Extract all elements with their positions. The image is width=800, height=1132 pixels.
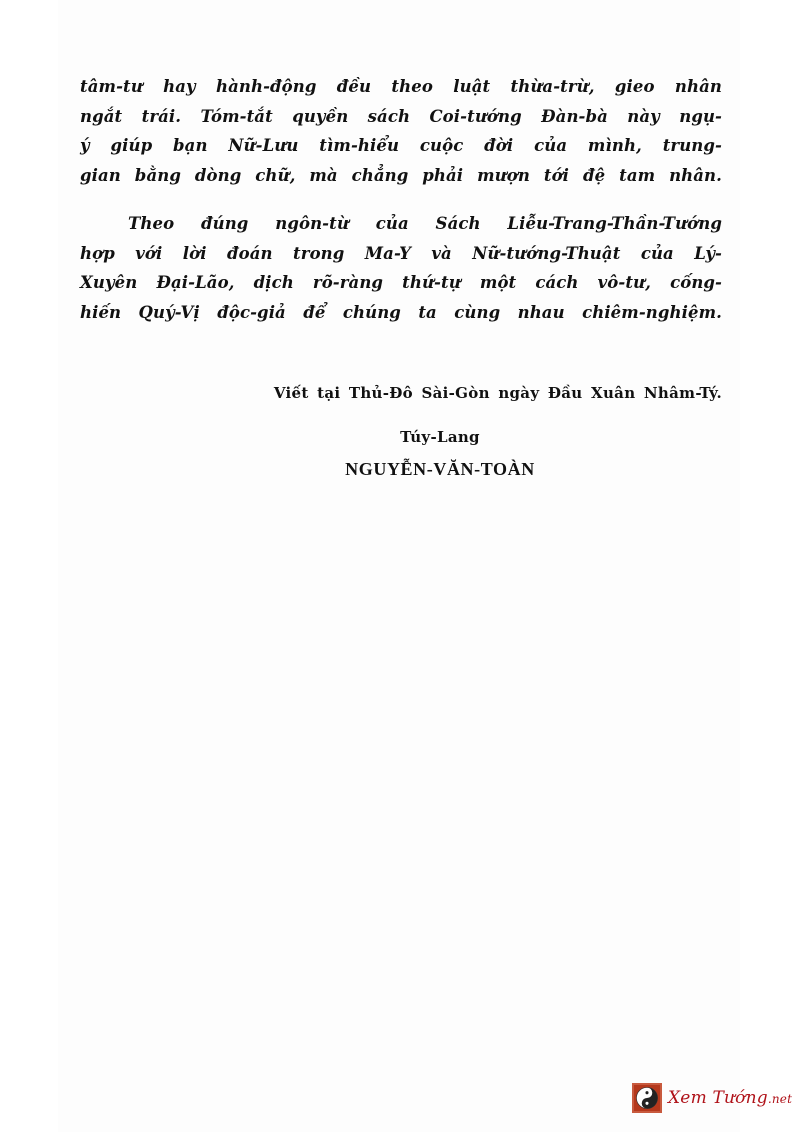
text-line: Xuyên Đại-Lão, dịch rõ-ràng thứ-tự một c… — [80, 268, 722, 298]
paragraph-1: tâm-tư hay hành-động đều theo luật thừa-… — [80, 72, 722, 190]
author-name: NGUYỄN-VĂN-TOÀN — [300, 459, 580, 480]
place-date-signoff: Viết tại Thủ-Đô Sài-Gòn ngày Đầu Xuân Nh… — [170, 384, 722, 402]
watermark-suffix: .net — [768, 1092, 792, 1106]
text-line: ý giúp bạn Nữ-Lưu tìm-hiểu cuộc đời của … — [80, 131, 722, 161]
text-line: gian bằng dòng chữ, mà chẳng phải mượn t… — [80, 161, 722, 191]
text-line: hiến Quý-Vị độc-giả để chúng ta cùng nha… — [80, 298, 722, 328]
watermark-site-name: Xem Tướng — [668, 1088, 768, 1108]
author-pen-name: Túy-Lang — [330, 428, 550, 446]
site-watermark: Xem Tướng.net — [632, 1078, 792, 1118]
text-line: Theo đúng ngôn-từ của Sách Liễu-Trang-Th… — [80, 209, 722, 239]
watermark-text: Xem Tướng.net — [668, 1088, 792, 1108]
yin-yang-icon — [632, 1083, 662, 1113]
text-line: ngắt trái. Tóm-tắt quyền sách Coi-tướng … — [80, 102, 722, 132]
text-line: tâm-tư hay hành-động đều theo luật thừa-… — [80, 72, 722, 102]
text-line: hợp với lời đoán trong Ma-Y và Nữ-tướng-… — [80, 239, 722, 269]
paragraph-2: Theo đúng ngôn-từ của Sách Liễu-Trang-Th… — [80, 209, 722, 327]
